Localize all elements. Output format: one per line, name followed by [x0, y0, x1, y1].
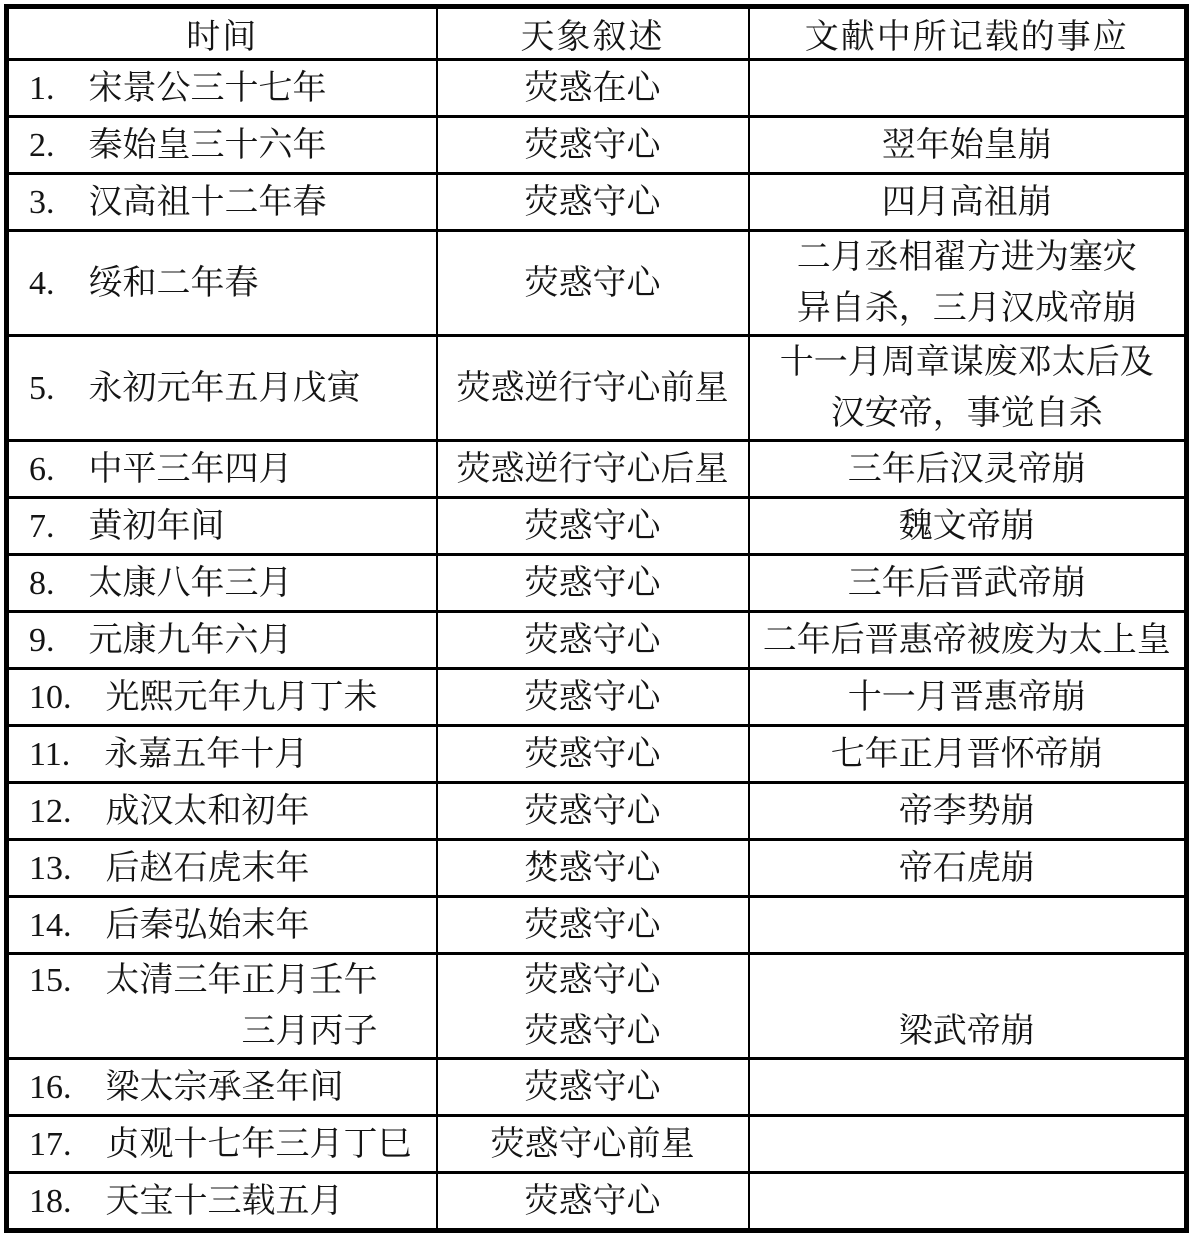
cell-line [750, 1176, 1185, 1227]
cell-line: 荧惑守心 [438, 729, 748, 780]
cell-line: 荧惑逆行守心前星 [438, 363, 748, 414]
cell-line: 七年正月晋怀帝崩 [750, 729, 1185, 780]
time-cell: 9. 元康九年六月 [7, 612, 437, 669]
cell-line: 4. 绥和二年春 [29, 258, 259, 309]
cell-line: 6. 中平三年四月 [29, 444, 293, 495]
table-row: 8. 太康八年三月荧惑守心三年后晋武帝崩 [7, 555, 1187, 612]
phenomenon-cell: 荧惑守心 [437, 726, 749, 783]
table-row: 10. 光熙元年九月丁未荧惑守心十一月晋惠帝崩 [7, 669, 1187, 726]
cell-line: 荧惑守心 [438, 955, 748, 1006]
time-cell: 10. 光熙元年九月丁未 [7, 669, 437, 726]
cell-line [750, 1119, 1185, 1170]
phenomenon-cell: 荧惑逆行守心后星 [437, 441, 749, 498]
time-cell: 5. 永初元年五月戊寅 [7, 336, 437, 441]
cell-line: 四月高祖崩 [750, 177, 1185, 228]
cell-line: 十一月周章谋废邓太后及 [750, 337, 1185, 388]
cell-line: 三年后汉灵帝崩 [750, 444, 1185, 495]
cell-line: 荧惑守心 [438, 1062, 748, 1113]
table-row: 7. 黄初年间荧惑守心魏文帝崩 [7, 498, 1187, 555]
time-cell: 4. 绥和二年春 [7, 231, 437, 336]
event-cell [749, 60, 1187, 117]
event-cell: 魏文帝崩 [749, 498, 1187, 555]
time-cell: 2. 秦始皇三十六年 [7, 117, 437, 174]
phenomenon-cell: 荧惑守心 [437, 231, 749, 336]
time-cell: 11. 永嘉五年十月 [7, 726, 437, 783]
cell-line: 荧惑守心前星 [438, 1119, 748, 1170]
cell-line: 12. 成汉太和初年 [29, 786, 310, 837]
header-time: 时间 [7, 7, 437, 60]
cell-line: 2. 秦始皇三十六年 [29, 120, 327, 171]
event-cell [749, 897, 1187, 954]
time-cell: 7. 黄初年间 [7, 498, 437, 555]
table-row: 16. 梁太宗承圣年间荧惑守心 [7, 1059, 1187, 1116]
event-cell: 二年后晋惠帝被废为太上皇 [749, 612, 1187, 669]
table-row: 4. 绥和二年春荧惑守心二月丞相翟方进为塞灾异自杀，三月汉成帝崩 [7, 231, 1187, 336]
phenomenon-cell: 荧惑守心前星 [437, 1116, 749, 1173]
cell-line [750, 900, 1185, 951]
time-cell: 14. 后秦弘始末年 [7, 897, 437, 954]
table-row: 11. 永嘉五年十月荧惑守心七年正月晋怀帝崩 [7, 726, 1187, 783]
table-row: 1. 宋景公三十七年荧惑在心 [7, 60, 1187, 117]
time-cell: 12. 成汉太和初年 [7, 783, 437, 840]
cell-line: 荧惑在心 [438, 63, 748, 114]
event-cell: 十一月晋惠帝崩 [749, 669, 1187, 726]
phenomenon-cell: 荧惑守心 [437, 897, 749, 954]
event-cell: 帝李势崩 [749, 783, 1187, 840]
table-row: 2. 秦始皇三十六年荧惑守心翌年始皇崩 [7, 117, 1187, 174]
event-cell [749, 1173, 1187, 1231]
cell-line: 异自杀，三月汉成帝崩 [750, 283, 1185, 334]
phenomenon-cell: 荧惑逆行守心前星 [437, 336, 749, 441]
table-row: 18. 天宝十三载五月荧惑守心 [7, 1173, 1187, 1231]
table-row: 13. 后赵石虎末年焚惑守心帝石虎崩 [7, 840, 1187, 897]
time-cell: 3. 汉高祖十二年春 [7, 174, 437, 231]
cell-line: 9. 元康九年六月 [29, 615, 293, 666]
document-page: 时间 天象叙述 文献中所记载的事应 1. 宋景公三十七年荧惑在心2. 秦始皇三十… [0, 0, 1193, 1239]
event-cell: 十一月周章谋废邓太后及汉安帝，事觉自杀 [749, 336, 1187, 441]
table-row: 17. 贞观十七年三月丁巳荧惑守心前星 [7, 1116, 1187, 1173]
time-cell: 6. 中平三年四月 [7, 441, 437, 498]
cell-line: 荧惑逆行守心后星 [438, 444, 748, 495]
cell-line: 梁武帝崩 [750, 1006, 1185, 1057]
cell-line: 15. 太清三年正月壬午 [29, 955, 378, 1006]
cell-line: 18. 天宝十三载五月 [29, 1176, 344, 1227]
header-recorded-event: 文献中所记载的事应 [749, 7, 1187, 60]
cell-line: 8. 太康八年三月 [29, 558, 293, 609]
cell-line: 荧惑守心 [438, 258, 748, 309]
cell-line: 十一月晋惠帝崩 [750, 672, 1185, 723]
cell-line [750, 63, 1185, 114]
event-cell: 四月高祖崩 [749, 174, 1187, 231]
event-cell: 梁武帝崩 [749, 954, 1187, 1059]
cell-line: 翌年始皇崩 [750, 120, 1185, 171]
cell-line: 魏文帝崩 [750, 501, 1185, 552]
cell-line: 荧惑守心 [438, 558, 748, 609]
phenomenon-cell: 荧惑守心 [437, 612, 749, 669]
header-phenomenon: 天象叙述 [437, 7, 749, 60]
cell-line: 1. 宋景公三十七年 [29, 63, 327, 114]
table-row: 15. 太清三年正月壬午三月丙子荧惑守心荧惑守心梁武帝崩 [7, 954, 1187, 1059]
cell-line: 帝李势崩 [750, 786, 1185, 837]
cell-line: 荧惑守心 [438, 1006, 748, 1057]
event-cell: 翌年始皇崩 [749, 117, 1187, 174]
event-cell: 七年正月晋怀帝崩 [749, 726, 1187, 783]
table-row: 6. 中平三年四月荧惑逆行守心后星三年后汉灵帝崩 [7, 441, 1187, 498]
cell-line: 荧惑守心 [438, 501, 748, 552]
event-cell: 三年后晋武帝崩 [749, 555, 1187, 612]
cell-line: 荧惑守心 [438, 900, 748, 951]
cell-line: 3. 汉高祖十二年春 [29, 177, 327, 228]
cell-line: 17. 贞观十七年三月丁巳 [29, 1119, 412, 1170]
cell-line: 荧惑守心 [438, 786, 748, 837]
event-cell: 二月丞相翟方进为塞灾异自杀，三月汉成帝崩 [749, 231, 1187, 336]
phenomenon-cell: 荧惑守心 [437, 1173, 749, 1231]
cell-line [750, 955, 1185, 1006]
table-row: 12. 成汉太和初年荧惑守心帝李势崩 [7, 783, 1187, 840]
cell-line: 汉安帝，事觉自杀 [750, 388, 1185, 439]
table-body: 1. 宋景公三十七年荧惑在心2. 秦始皇三十六年荧惑守心翌年始皇崩3. 汉高祖十… [7, 60, 1187, 1231]
phenomenon-cell: 荧惑守心 [437, 1059, 749, 1116]
cell-line: 荧惑守心 [438, 672, 748, 723]
cell-line [750, 1062, 1185, 1113]
phenomenon-cell: 荧惑守心 [437, 498, 749, 555]
table-row: 5. 永初元年五月戊寅荧惑逆行守心前星十一月周章谋废邓太后及汉安帝，事觉自杀 [7, 336, 1187, 441]
phenomenon-cell: 荧惑守心荧惑守心 [437, 954, 749, 1059]
table-row: 9. 元康九年六月荧惑守心二年后晋惠帝被废为太上皇 [7, 612, 1187, 669]
celestial-events-table: 时间 天象叙述 文献中所记载的事应 1. 宋景公三十七年荧惑在心2. 秦始皇三十… [4, 4, 1189, 1233]
time-cell: 13. 后赵石虎末年 [7, 840, 437, 897]
cell-line: 三月丙子 [29, 1006, 378, 1057]
cell-line: 荧惑守心 [438, 177, 748, 228]
cell-line: 10. 光熙元年九月丁未 [29, 672, 378, 723]
event-cell: 三年后汉灵帝崩 [749, 441, 1187, 498]
cell-line: 荧惑守心 [438, 120, 748, 171]
cell-line: 7. 黄初年间 [29, 501, 225, 552]
event-cell [749, 1059, 1187, 1116]
time-cell: 16. 梁太宗承圣年间 [7, 1059, 437, 1116]
phenomenon-cell: 荧惑守心 [437, 669, 749, 726]
time-cell: 8. 太康八年三月 [7, 555, 437, 612]
cell-line: 三年后晋武帝崩 [750, 558, 1185, 609]
cell-line: 荧惑守心 [438, 615, 748, 666]
phenomenon-cell: 荧惑守心 [437, 555, 749, 612]
event-cell [749, 1116, 1187, 1173]
cell-line: 16. 梁太宗承圣年间 [29, 1062, 344, 1113]
time-cell: 15. 太清三年正月壬午三月丙子 [7, 954, 437, 1059]
table-header-row: 时间 天象叙述 文献中所记载的事应 [7, 7, 1187, 60]
event-cell: 帝石虎崩 [749, 840, 1187, 897]
cell-line: 11. 永嘉五年十月 [29, 729, 308, 780]
cell-line: 帝石虎崩 [750, 843, 1185, 894]
cell-line: 13. 后赵石虎末年 [29, 843, 310, 894]
table-row: 3. 汉高祖十二年春荧惑守心四月高祖崩 [7, 174, 1187, 231]
phenomenon-cell: 荧惑守心 [437, 174, 749, 231]
phenomenon-cell: 荧惑守心 [437, 117, 749, 174]
cell-line: 焚惑守心 [438, 843, 748, 894]
cell-line: 二月丞相翟方进为塞灾 [750, 232, 1185, 283]
cell-line: 二年后晋惠帝被废为太上皇 [750, 615, 1185, 666]
cell-line: 荧惑守心 [438, 1176, 748, 1227]
time-cell: 1. 宋景公三十七年 [7, 60, 437, 117]
table-row: 14. 后秦弘始末年荧惑守心 [7, 897, 1187, 954]
time-cell: 18. 天宝十三载五月 [7, 1173, 437, 1231]
time-cell: 17. 贞观十七年三月丁巳 [7, 1116, 437, 1173]
cell-line: 5. 永初元年五月戊寅 [29, 363, 361, 414]
cell-line: 14. 后秦弘始末年 [29, 900, 310, 951]
phenomenon-cell: 荧惑在心 [437, 60, 749, 117]
phenomenon-cell: 荧惑守心 [437, 783, 749, 840]
phenomenon-cell: 焚惑守心 [437, 840, 749, 897]
